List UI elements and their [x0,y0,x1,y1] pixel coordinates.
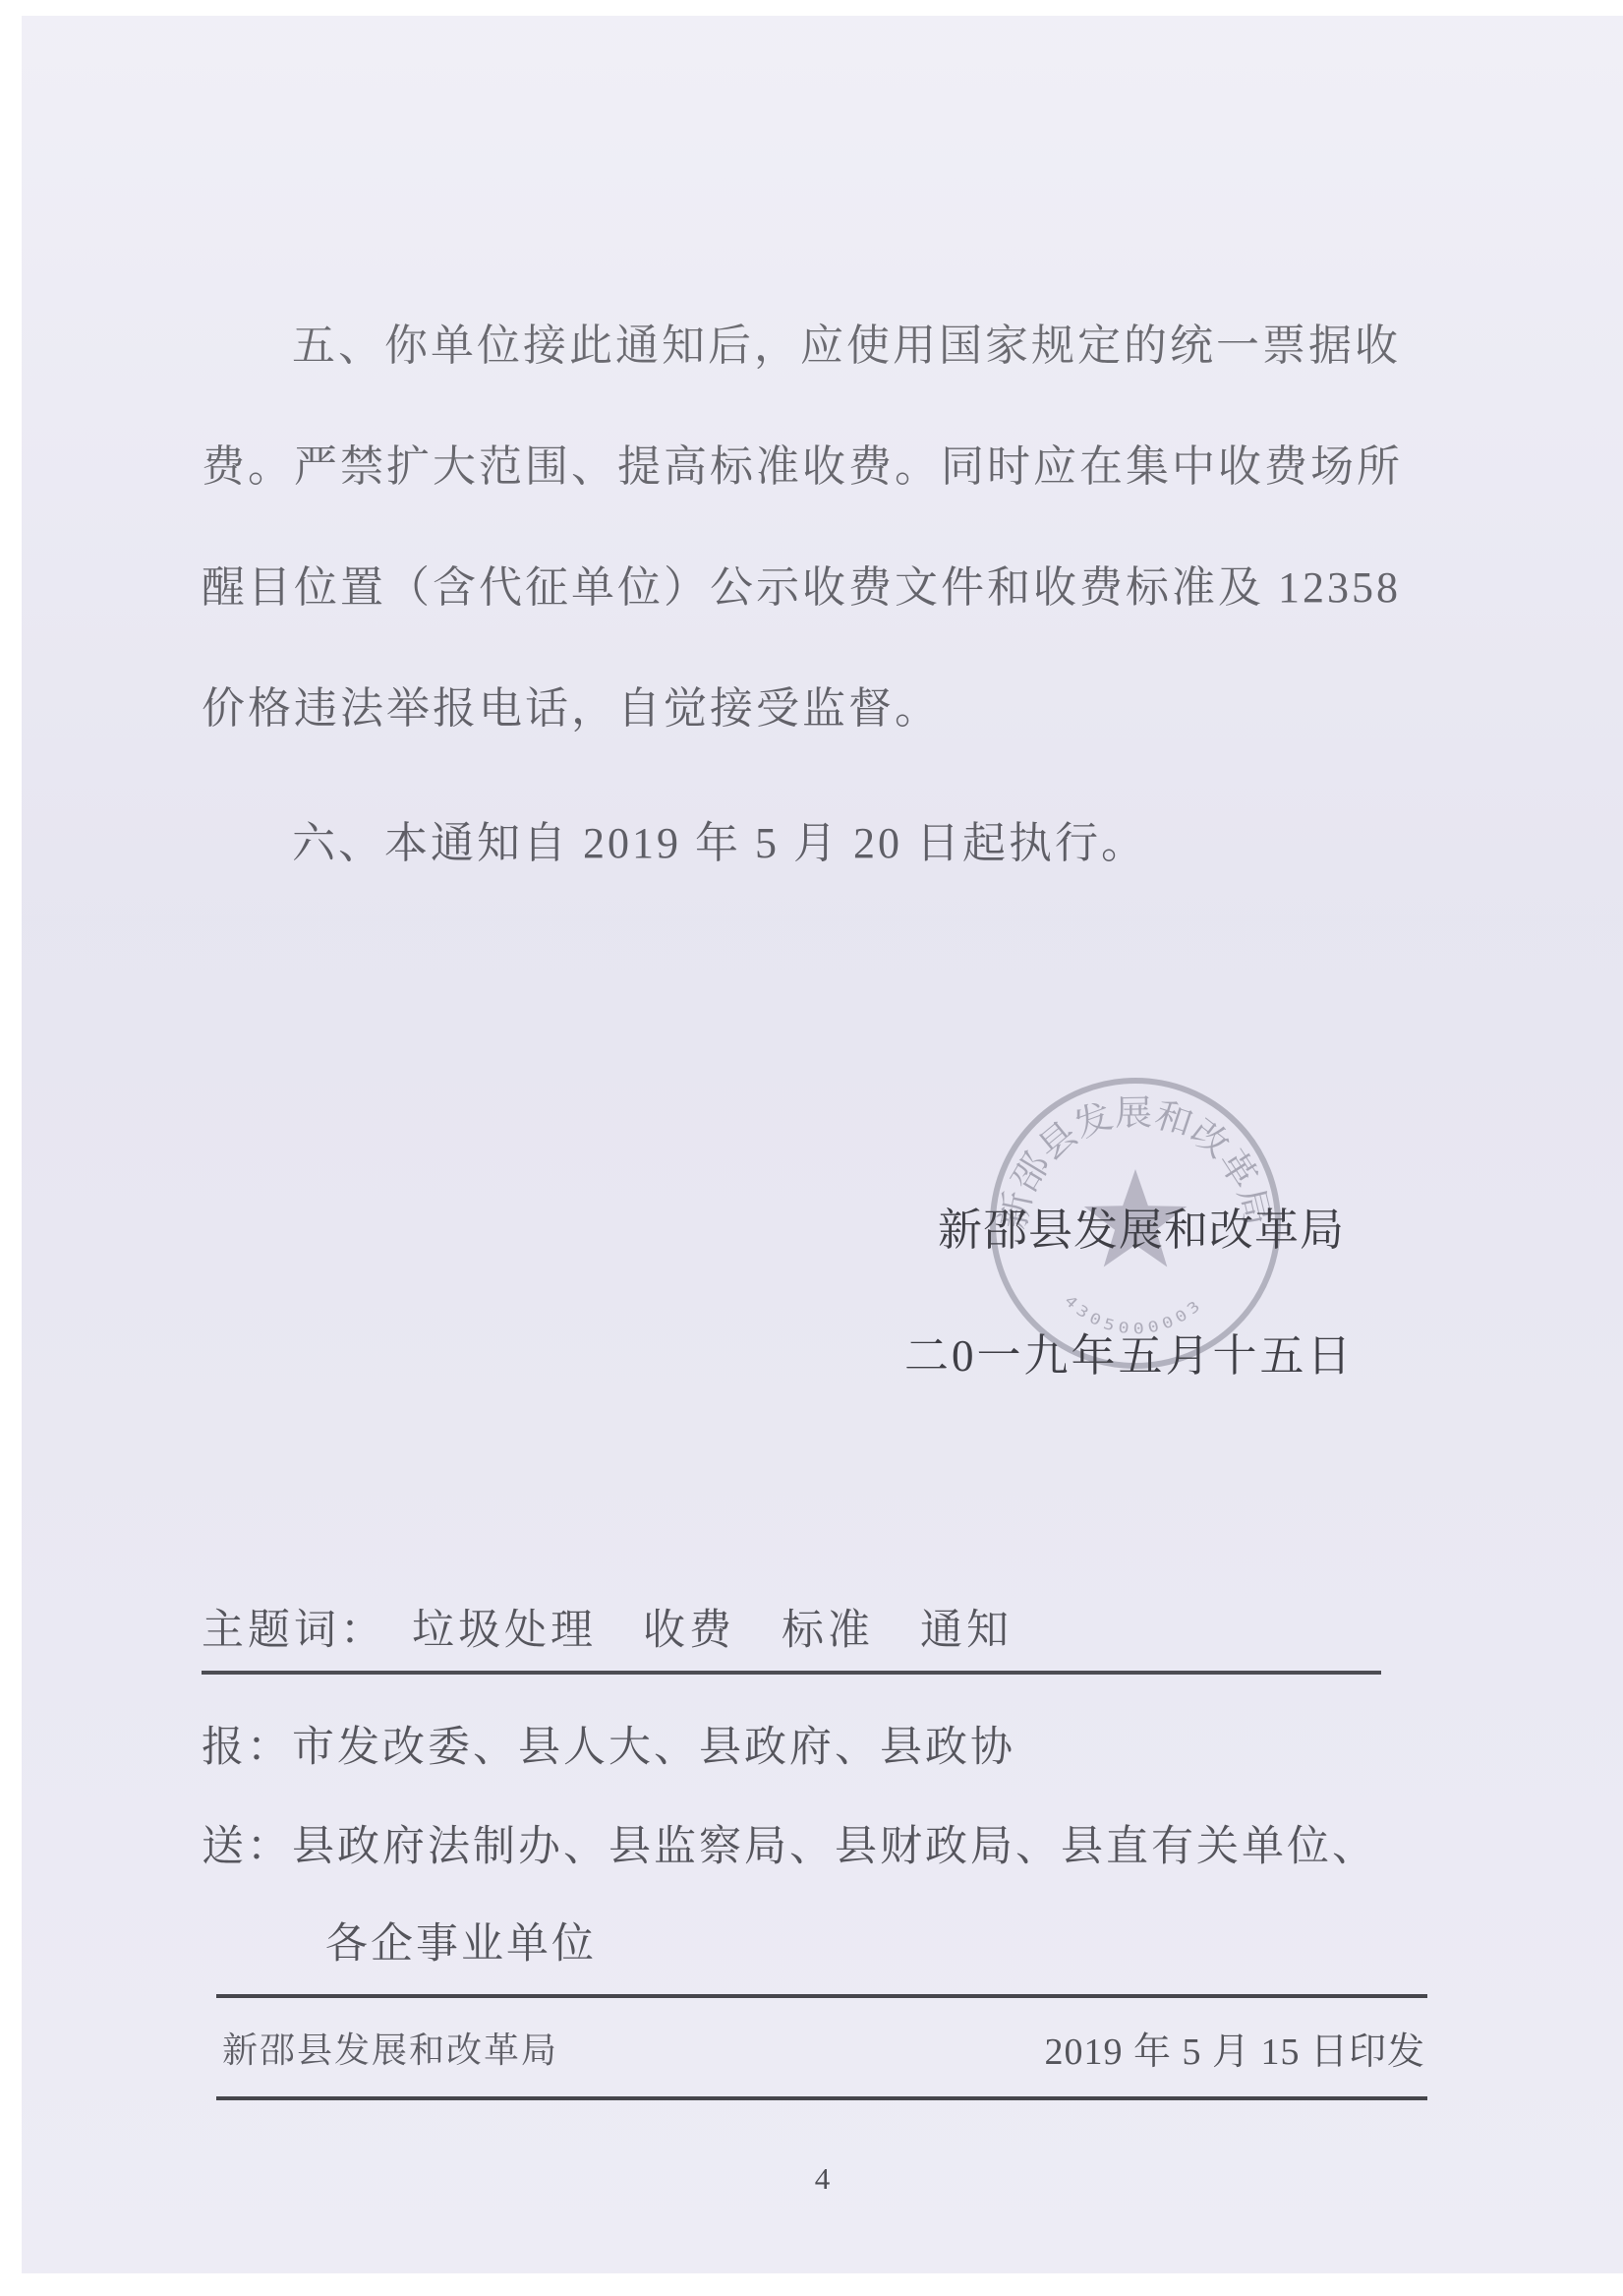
send-to-line: 送：县政府法制办、县监察局、县财政局、县直有关单位、 [202,1813,1430,1873]
colophon: 新邵县发展和改革局 2019 年 5 月 15 日印发 [216,1994,1427,2100]
paragraph-six-line: 六、本通知自 2019 年 5 月 20 日起执行。 [202,783,1430,904]
signature-agency: 新邵县发展和改革局 [938,1194,1345,1258]
subject-label: 主题词： [202,1608,386,1654]
colophon-issuer: 新邵县发展和改革局 [216,2023,558,2073]
paragraph-five-line-3: 醒目位置（含代征单位）公示收费文件和收费标准及 12358 [202,527,1430,648]
send-to-line-continued: 各企事业单位 [202,1911,1430,1971]
paragraph-five-line-1: 五、你单位接此通知后，应使用国家规定的统一票据收 [202,285,1430,406]
subject-keywords-line: 主题词：垃圾处理 收费 标准 通知 [202,1597,1381,1675]
document-page: 五、你单位接此通知后，应使用国家规定的统一票据收 费。严禁扩大范围、提高标准收费… [22,16,1623,2273]
report-to-line: 报：市发改委、县人大、县政府、县政协 [202,1714,1430,1774]
body-text: 五、你单位接此通知后，应使用国家规定的统一票据收 费。严禁扩大范围、提高标准收费… [202,285,1430,904]
subject-distribution-block: 主题词：垃圾处理 收费 标准 通知 报：市发改委、县人大、县政府、县政协 送：县… [202,1597,1430,1971]
paragraph-five-line-2: 费。严禁扩大范围、提高标准收费。同时应在集中收费场所 [202,406,1430,527]
page-number: 4 [22,2161,1623,2197]
scanned-document-page: { "document": { "paragraph_five": [ "五、你… [0,0,1623,2296]
subject-terms: 垃圾处理 收费 标准 通知 [412,1608,1013,1654]
signature-date: 二0一九年五月十五日 [904,1320,1355,1383]
paragraph-five-line-4: 价格违法举报电话，自觉接受监督。 [202,648,1430,769]
colophon-print-date: 2019 年 5 月 15 日印发 [1044,2021,1427,2075]
